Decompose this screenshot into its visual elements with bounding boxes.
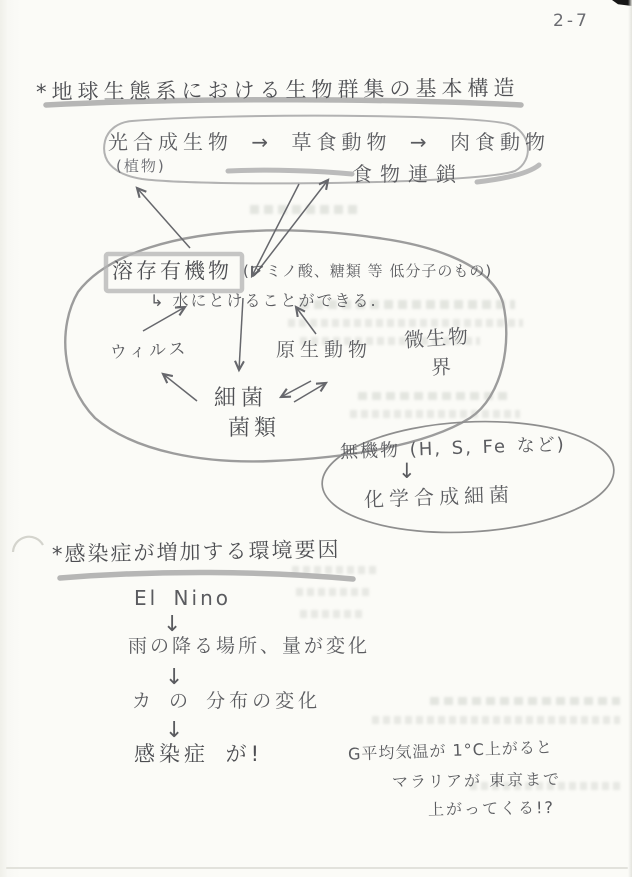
bleed-through-text xyxy=(350,410,520,418)
dissolved-note: ↳ 水にとけることができる. xyxy=(150,292,378,310)
bleed-through-text xyxy=(250,205,360,214)
scan-right-edge xyxy=(628,0,632,877)
flow-down-arrow-3: ↓ xyxy=(165,719,183,743)
food-chain-label-dash-left xyxy=(228,170,352,174)
protozoa-to-bacteria-arrow xyxy=(281,381,311,397)
side-note-line-1: G平均気温が 1°C上がると xyxy=(348,738,553,763)
scanned-note-page: 2-7 *地球生態系における生物群集の基本構造 光合成生物 → 草食動物 → 肉… xyxy=(0,0,632,877)
flow-down-arrow-1: ↓ xyxy=(163,613,181,637)
flow-step-mosquito: カ の 分布の変化 xyxy=(132,691,321,712)
bacteria-to-protozoa-arrow xyxy=(294,383,326,402)
dissolved-organic-label: 溶存有機物 xyxy=(112,260,232,283)
inorganic-oval-outline xyxy=(319,414,616,539)
scan-bottom-edge xyxy=(6,867,628,869)
microbe-world-label-2: 界 xyxy=(431,356,452,379)
bleed-through-text xyxy=(288,319,523,327)
fungi-label: 菌類 xyxy=(228,417,280,441)
chemosynthetic-label: 化学合成細菌 xyxy=(364,483,515,510)
bacteria-to-virus-arrow xyxy=(163,374,197,401)
virus-up-arrow xyxy=(143,307,185,331)
dissolved-organic-detail: (アミノ酸、糖類 等 低分子のもの) xyxy=(243,263,492,280)
food-chain-label: 食物連鎖 xyxy=(352,163,464,185)
bleed-through-text xyxy=(430,697,620,705)
flow-step-el-nino: El Nino xyxy=(134,587,231,609)
flow-down-arrow-2: ↓ xyxy=(165,666,183,690)
ecosystem-title: *地球生態系における生物群集の基本構造 xyxy=(36,77,520,104)
side-note-line-3: 上がってくる!? xyxy=(428,799,555,819)
up-left-arrow xyxy=(137,188,190,248)
hole-punch-mark xyxy=(13,537,43,552)
bleed-through-text xyxy=(372,716,620,724)
bacteria-label: 細菌 xyxy=(214,387,268,411)
bleed-through-text xyxy=(296,588,371,596)
up-right-arrow xyxy=(257,180,328,272)
plant-sub-label: (植物) xyxy=(116,158,166,175)
flow-step-rain: 雨の降る場所、量が変化 xyxy=(128,636,370,657)
food-chain-label-dash-right xyxy=(477,165,539,182)
food-chain-line: 光合成生物 → 草食動物 → 肉食動物 xyxy=(108,131,550,153)
page-number: 2-7 xyxy=(553,12,590,31)
bleed-through-text xyxy=(292,566,377,574)
flow-step-infection: 感染症 が! xyxy=(134,743,263,766)
virus-label: ウィルス xyxy=(110,340,189,363)
bleed-through-text xyxy=(300,610,366,618)
side-note-line-2: マラリアが 東京まで xyxy=(392,771,561,792)
protozoa-label: 原生動物 xyxy=(276,340,372,361)
inorganic-down-arrow: ↓ xyxy=(398,460,416,483)
infection-title: *感染症が増加する環境要因 xyxy=(52,538,341,566)
microbe-world-label-1: 微生物 xyxy=(403,325,470,352)
inorganic-label: 無機物 (H, S, Fe など) xyxy=(340,435,566,463)
bleed-through-text xyxy=(358,392,508,400)
